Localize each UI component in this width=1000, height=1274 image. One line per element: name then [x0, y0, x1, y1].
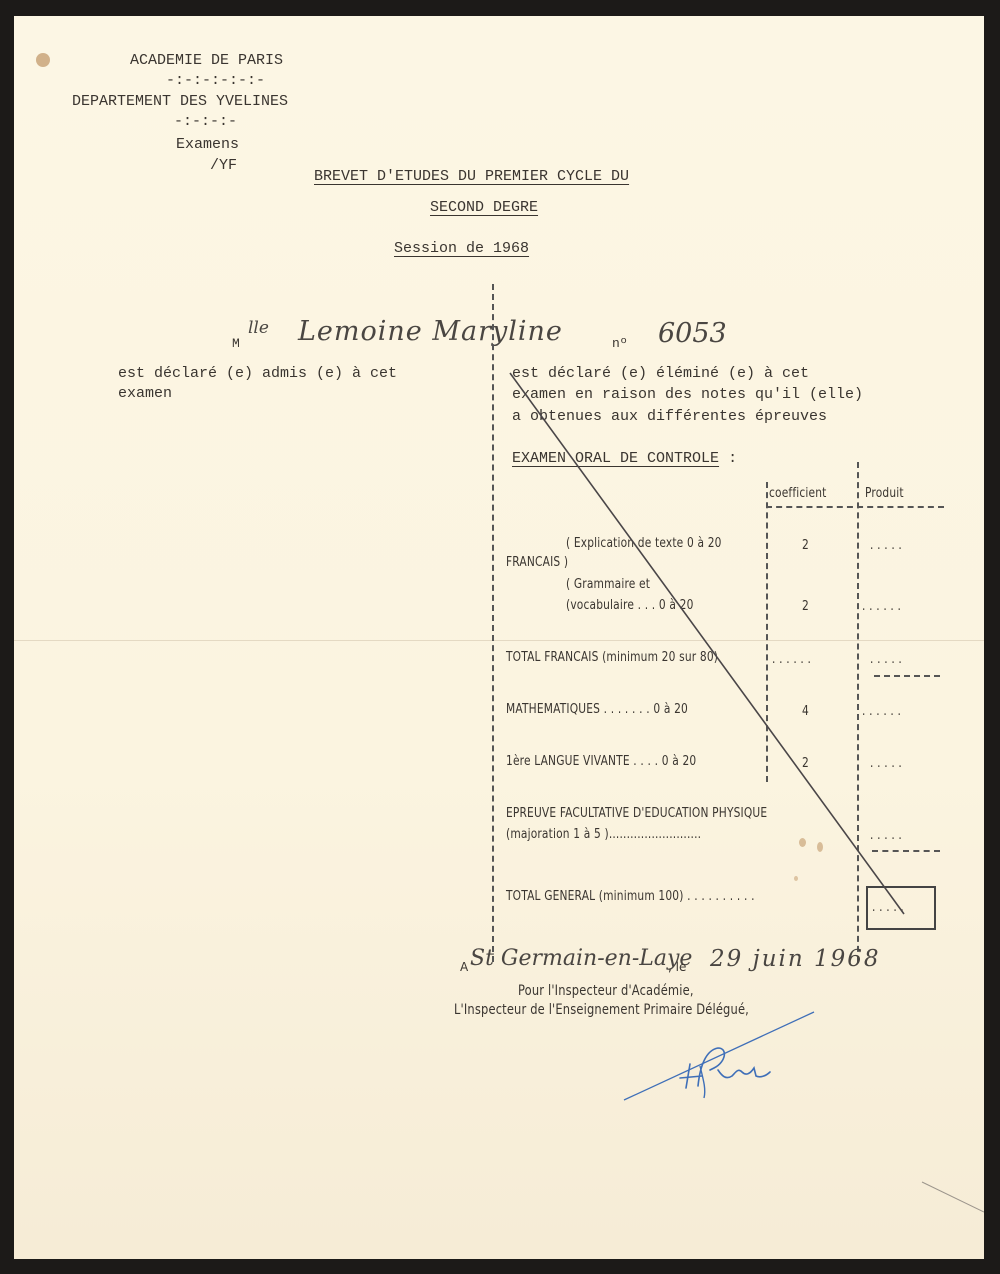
- stain: [794, 876, 798, 881]
- date-value: 29 juin 1968: [710, 946, 881, 972]
- place-name: St Germain-en-Laye: [470, 946, 692, 971]
- place-prefix: A: [460, 960, 468, 974]
- strike-through-line: [14, 16, 984, 1259]
- stain: [799, 838, 806, 847]
- signature: [614, 1006, 834, 1106]
- document-page: ACADEMIE DE PARIS -:-:-:-:-:- DEPARTEMEN…: [14, 16, 984, 1259]
- stain: [817, 842, 823, 852]
- paper-crease: [914, 1176, 984, 1216]
- date-prefix: , le: [668, 960, 686, 974]
- signatory-line1: Pour l'Inspecteur d'Académie,: [518, 983, 694, 999]
